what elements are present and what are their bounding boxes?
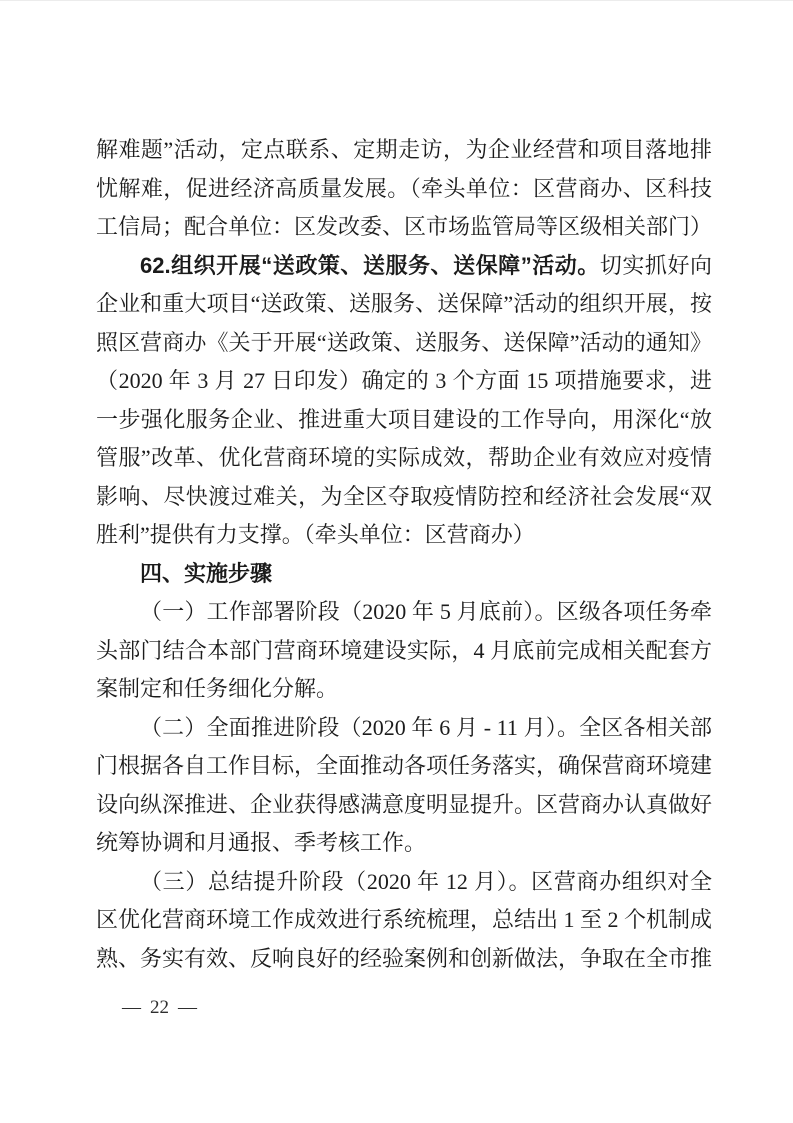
page-number: 22 [150,997,169,1019]
section-heading-4-text: 四、实施步骤 [140,561,272,586]
page-footer: — 22 — [122,997,197,1019]
document-text-block: 解难题”活动，定点联系、定期走访，为企业经营和项目落地排忧解难，促进经济高质量发… [96,131,712,978]
phase-1-heading: （一）工作部署阶段（2020 年 5 月底前）。 [140,599,557,624]
paragraph-phase-2: （二）全面推进阶段（2020 年 6 月 - 11 月）。全区各相关部门根据各自… [96,709,712,863]
paragraph-phase-3: （三）总结提升阶段（2020 年 12 月）。区营商办组织对全区优化营商环境工作… [96,863,712,979]
paragraph-continuation: 解难题”活动，定点联系、定期走访，为企业经营和项目落地排忧解难，促进经济高质量发… [96,131,712,247]
document-page: 解难题”活动，定点联系、定期走访，为企业经营和项目落地排忧解难，促进经济高质量发… [0,0,793,1123]
paragraph-continuation-text: 解难题”活动，定点联系、定期走访，为企业经营和项目落地排忧解难，促进经济高质量发… [96,137,712,239]
phase-3-heading: （三）总结提升阶段（2020 年 12 月）。 [140,869,531,894]
item-62-heading: 62.组织开展“送政策、送服务、送保障”活动。 [140,253,600,278]
paragraph-item-62: 62.组织开展“送政策、送服务、送保障”活动。切实抓好向企业和重大项目“送政策、… [96,247,712,555]
footer-left-dash: — [122,997,141,1019]
paragraph-phase-1: （一）工作部署阶段（2020 年 5 月底前）。区级各项任务牵头部门结合本部门营… [96,593,712,709]
item-62-body: 切实抓好向企业和重大项目“送政策、送服务、送保障”活动的组织开展，按照区营商办《… [96,253,712,548]
section-heading-4: 四、实施步骤 [96,555,712,594]
phase-2-heading: （二）全面推进阶段（2020 年 6 月 - 11 月）。 [140,715,579,740]
footer-right-dash: — [178,997,197,1019]
